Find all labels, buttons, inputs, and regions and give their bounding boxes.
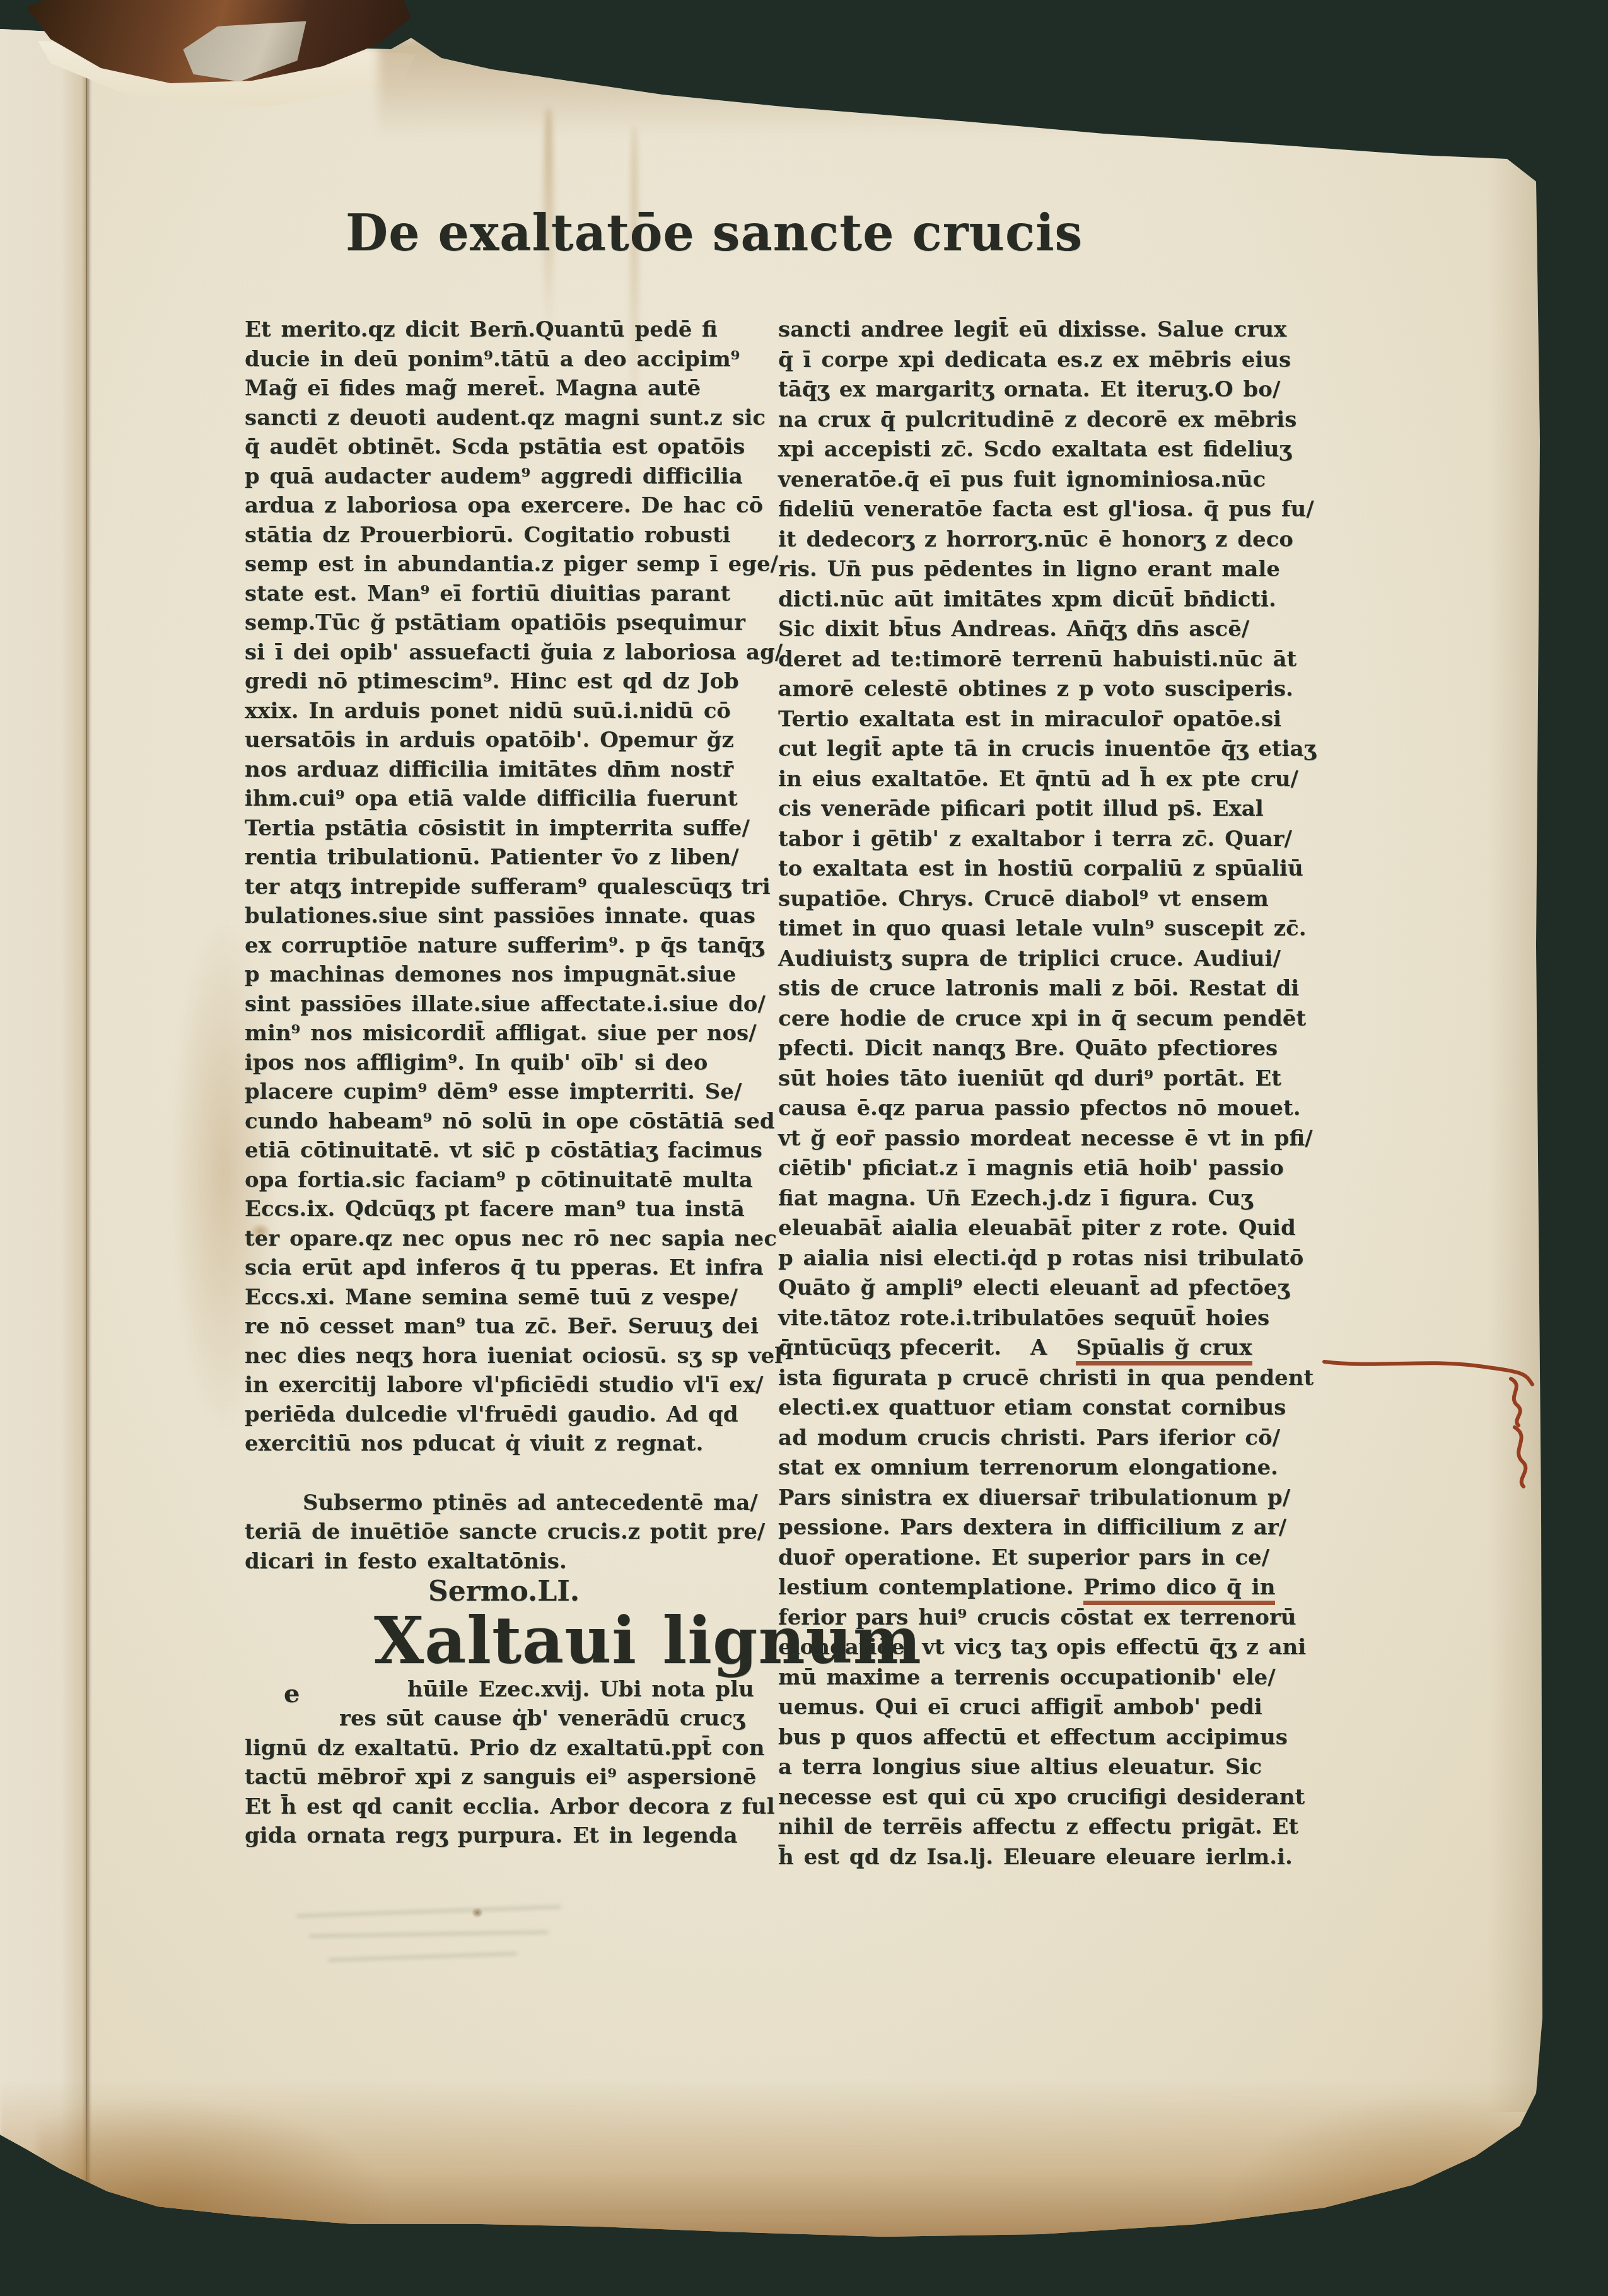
paper-sheet: De exaltatōe sancte crucis Et merito.qz … — [0, 0, 1608, 2296]
text-line: q̄ audēt obtinēt. Scda pstātia est opatō… — [245, 432, 763, 462]
subsermo-note: Subsermo ptinēs ad antecedentē ma/teriā … — [245, 1488, 763, 1577]
text-line: fideliū veneratōe facta est gl'iosa. q̄ … — [778, 495, 1337, 525]
text-line: ciētib' pficiat.z ī magnis etiā hoib' pa… — [778, 1154, 1337, 1184]
incipit-heading: Xaltaui lignum — [245, 1607, 763, 1675]
text-line: amorē celestē obtines z p voto susciperi… — [778, 675, 1337, 705]
text-line: q̄ntūcūqʒ pfecerit.ASpūalis ğ crux — [778, 1333, 1337, 1364]
text-line: ris. Un̄ pus pēdentes in ligno erant mal… — [778, 555, 1337, 585]
text-line: ipos nos affligim⁹. In quib' oīb' si deo — [245, 1048, 763, 1078]
text-line: sint passiōes illate.siue affectate.i.si… — [245, 990, 763, 1019]
text-line: res sūt cause q̇b' venerādū crucʒ — [245, 1704, 763, 1734]
text-line: ter opare.qz nec opus nec rō nec sapia n… — [245, 1224, 763, 1254]
text-line: semp est in abundantia.z piger semp ī eg… — [245, 550, 763, 579]
incunabulum-page-scan: De exaltatōe sancte crucis Et merito.qz … — [0, 0, 1608, 2296]
text-line: a terra longius siue altius eleuatur. Si… — [778, 1753, 1337, 1783]
text-line: p quā audacter audem⁹ aggredi difficilia — [245, 462, 763, 492]
text-line: fiat magna. Un̄ Ezech.j.dz ī figura. Cuʒ — [778, 1184, 1337, 1214]
text-line: Eccs.xi. Mane semina semē tuū z vespe/ — [245, 1283, 763, 1313]
page-title: De exaltatōe sancte crucis — [346, 203, 1080, 262]
text-line: nihil de terrēis affectu z effectu prigā… — [778, 1812, 1337, 1843]
text-line: hūile Ezec.xvij. Ubi nota plu — [245, 1675, 763, 1705]
text-line: ter atqʒ intrepide sufferam⁹ qualescūqʒ … — [245, 873, 763, 902]
text-line: p aialia nisi electi.q̇d p rotas nisi tr… — [778, 1244, 1337, 1274]
text-line: dicari in festo exaltatōnis. — [245, 1547, 763, 1577]
text-line: bulationes.siue sint passiōes innate. qu… — [245, 902, 763, 931]
text-line: elongatiōe. vt vicʒ taʒ opis effectū q̄ʒ… — [778, 1633, 1337, 1663]
text-line: ista figurata p crucē christi in qua pen… — [778, 1364, 1337, 1394]
text-line: tabor i gētib' z exaltabor i terra zc̄. … — [778, 825, 1337, 855]
text-line: tactū mēbror̄ xpi z sanguis ei⁹ aspersio… — [245, 1763, 763, 1792]
text-line: Subsermo ptinēs ad antecedentē ma/ — [245, 1488, 763, 1518]
text-line: pessione. Pars dextera in difficilium z … — [778, 1513, 1337, 1543]
text-line: gredi nō ptimescim⁹. Hinc est qd dz Job — [245, 667, 763, 697]
sermo-number-label: Sermo.LI. — [245, 1577, 763, 1607]
text-line: placere cupim⁹ dēm⁹ esse impterriti. Se/ — [245, 1077, 763, 1107]
text-line: state est. Man⁹ eī fortiū diuitias paran… — [245, 579, 763, 609]
text-line: h̄ est qd dz Isa.lj. Eleuare eleuare ier… — [778, 1843, 1337, 1873]
text-line: cere hodie de cruce xpi in q̄ secum pend… — [778, 1004, 1337, 1035]
text-line: Tertio exaltata est in miraculor̄ opatōe… — [778, 705, 1337, 735]
text-line: q̄ ī corpe xpi dedicata es.z ex mēbris e… — [778, 345, 1337, 376]
text-line: Pars sinistra ex diuersar̄ tribulationum… — [778, 1483, 1337, 1514]
rubric-margin-mark — [1506, 1377, 1535, 1428]
text-line: etiā cōtinuitatē. vt sic̄ p cōstātiaʒ fa… — [245, 1136, 763, 1166]
text-line: deret ad te:timorē terrenū habuisti.nūc … — [778, 645, 1337, 675]
text-line: p machinas demones nos impugnāt.siue — [245, 960, 763, 990]
text-line: veneratōe.q̄ eī pus fuit ignominiosa.nūc — [778, 465, 1337, 496]
text-line: Sic dixit bt̄us Andreas. An̄q̄ʒ dn̄s asc… — [778, 615, 1337, 645]
text-line: to exaltata est in hostiū corpaliū z spū… — [778, 854, 1337, 884]
text-line: semp.Tūc ğ pstātiam opatiōis psequimur — [245, 608, 763, 638]
text-run: lestium contemplatione. — [778, 1575, 1083, 1600]
text-line: stātia dz Prouerbiorū. Cogitatio robusti — [245, 521, 763, 550]
left-text-column: Et merito.qz dicit Bern̄.Quantū pedē fid… — [245, 315, 763, 1851]
text-run: A — [1030, 1335, 1047, 1360]
right-text-column: sancti andree legit̄ eū dixisse. Salue c… — [778, 315, 1337, 1872]
text-line: bus p quos affectū et effectum accipimus — [778, 1723, 1337, 1753]
text-line: ihm.cui⁹ opa etiā valde difficilia fueru… — [245, 784, 763, 814]
top-edge-stain — [378, 38, 1545, 170]
text-line: Et merito.qz dicit Bern̄.Quantū pedē fi — [245, 315, 763, 345]
bottom-left-stain — [38, 2099, 391, 2238]
text-line: mū maxime a terrenis occupationib' ele/ — [778, 1663, 1337, 1693]
text-line: vt ğ eor̄ passio mordeat necesse ē vt in… — [778, 1124, 1337, 1154]
text-line: ad modum crucis christi. Pars iferior cō… — [778, 1423, 1337, 1454]
text-line: electi.ex quattuor etiam constat cornibu… — [778, 1393, 1337, 1423]
text-line: Quāto ğ ampli⁹ electi eleuant̄ ad pfectō… — [778, 1273, 1337, 1304]
text-line: Audiuistʒ supra de triplici cruce. Audiu… — [778, 944, 1337, 975]
initial-guide-letter: e — [284, 1679, 300, 1708]
right-edge-shade — [1488, 158, 1545, 2112]
text-line: scia erūt apd inferos q̄ tu pperas. Et i… — [245, 1253, 763, 1283]
rubricated-phrase: Primo dico q̄ in — [1083, 1575, 1275, 1605]
text-line: it dedecorʒ z horrorʒ.nūc ē honorʒ z dec… — [778, 525, 1337, 555]
text-line: nos arduaz difficilia imitātes dn̄m nost… — [245, 755, 763, 785]
text-line: dicti.nūc aūt imitātes xpm dicūt̄ bn̄dic… — [778, 585, 1337, 615]
text-line: xxix. In arduis ponet nidū suū.i.nidū cō — [245, 697, 763, 726]
text-line: uemus. Qui eī cruci affigit̄ ambob' pedi — [778, 1693, 1337, 1723]
text-line: Mag̃ eī fides mag̃ meret̄. Magna autē — [245, 374, 763, 403]
show-through-handwriting — [328, 1952, 517, 1961]
text-line: na crux q̄ pulcritudinē z decorē ex mēbr… — [778, 405, 1337, 436]
bottom-right-stain — [1230, 2099, 1558, 2244]
text-line: periēda dulcedie vl'fruēdi gaudio. Ad qd — [245, 1400, 763, 1430]
text-line: xpi accepisti zc̄. Scdo exaltata est fid… — [778, 435, 1337, 465]
text-line: stis de cruce latronis mali z bōi. Resta… — [778, 974, 1337, 1004]
text-line: eleuabāt̄ aialia eleuabāt̄ piter z rote.… — [778, 1214, 1337, 1244]
adjacent-page-edge — [0, 0, 87, 2296]
incipit-paragraph: e hūile Ezec.xvij. Ubi nota plures sūt c… — [245, 1675, 763, 1851]
text-line: rentia tribulationū. Patienter v̄o z lib… — [245, 843, 763, 873]
text-line: Eccs.ix. Qdcūqʒ pt facere man⁹ tua instā — [245, 1195, 763, 1224]
text-line: pfecti. Dicit nanqʒ Bre. Quāto pfectiore… — [778, 1034, 1337, 1064]
text-line: sancti andree legit̄ eū dixisse. Salue c… — [778, 315, 1337, 345]
text-line: gida ornata regʒ purpura. Et in legenda — [245, 1821, 763, 1851]
rubric-underline-tail — [1323, 1355, 1537, 1400]
text-line: lignū dz exaltatū. Prio dz exaltatū.ppt̄… — [245, 1734, 763, 1763]
text-line: in eius exaltatōe. Et q̄ntū ad h̄ ex pte… — [778, 765, 1337, 795]
text-line: uersatōis in arduis opatōib'. Opemur ğz — [245, 726, 763, 755]
show-through-handwriting — [309, 1931, 549, 1938]
text-line: tāq̄ʒ ex margaritʒ ornata. Et iteruʒ.O b… — [778, 375, 1337, 405]
text-line: ardua z laboriosa opa exercere. De hac c… — [245, 491, 763, 521]
text-line: vite.tātoz rote.i.tribulatōes sequūt̄ ho… — [778, 1304, 1337, 1334]
text-line: sūt hoies tāto iueniūt qd duri⁹ portāt. … — [778, 1064, 1337, 1094]
show-through-handwriting — [296, 1906, 561, 1918]
text-line: ducie in deū ponim⁹.tātū a deo accipim⁹ — [245, 345, 763, 374]
text-line: Et h̄ est qd canit ecclia. Arbor decora … — [245, 1792, 763, 1822]
text-run: q̄ntūcūqʒ pfecerit. — [778, 1335, 1001, 1360]
text-line: nec dies neqʒ hora iueniat ociosū. sʒ sp… — [245, 1342, 763, 1371]
text-line: exercitiū nos pducat q̇ viuit z regnat. — [245, 1429, 763, 1459]
text-line: min⁹ nos misicordit̄ affligat. siue per … — [245, 1019, 763, 1048]
text-line: stat ex omnium terrenorum elongatione. — [778, 1453, 1337, 1483]
text-line: opa fortia.sic faciam⁹ p cōtinuitatē mul… — [245, 1166, 763, 1195]
text-line: cis venerāde pificari potit illud ps̄. E… — [778, 794, 1337, 825]
rubric-margin-mark — [1508, 1426, 1540, 1489]
text-line: teriā de inuētiōe sancte crucis.z potit … — [245, 1517, 763, 1547]
incipit-lines: hūile Ezec.xvij. Ubi nota plures sūt cau… — [245, 1675, 763, 1851]
text-line: re nō cesset man⁹ tua zc̄. Ber̄. Seruuʒ … — [245, 1312, 763, 1342]
text-line: ferior pars hui⁹ crucis cōstat ex terren… — [778, 1603, 1337, 1633]
text-line: cut legit̄ apte tā in crucis inuentōe q̄… — [778, 734, 1337, 765]
text-line: sancti z deuoti audent.qz magni sunt.z s… — [245, 403, 763, 433]
gutter-crease — [86, 0, 92, 2296]
text-line: lestium contemplatione. Primo dico q̄ in — [778, 1573, 1337, 1603]
text-line: Tertia pstātia cōsistit in impterrita su… — [245, 814, 763, 844]
text-line: necesse est qui cū xpo crucifigi desider… — [778, 1783, 1337, 1813]
text-line: timet in quo quasi letale vuln⁹ suscepit… — [778, 914, 1337, 944]
text-line: causa ē.qz parua passio pfectos nō mouet… — [778, 1094, 1337, 1124]
text-line: cundo habeam⁹ nō solū in ope cōstātiā se… — [245, 1107, 763, 1137]
text-line: ex corruptiōe nature sufferim⁹. p q̄s ta… — [245, 931, 763, 961]
text-line: in exercitij labore vl'pficiēdi studio v… — [245, 1371, 763, 1400]
rubricated-phrase: Spūalis ğ crux — [1076, 1335, 1252, 1365]
text-line: si ī dei opib' assuefacti ğuia z laborio… — [245, 638, 763, 668]
left-paragraph: Et merito.qz dicit Bern̄.Quantū pedē fid… — [245, 315, 763, 1459]
text-line: supatiōe. Chrys. Crucē diabol⁹ vt ensem — [778, 884, 1337, 915]
text-line: duor̄ operatione. Et superior pars in ce… — [778, 1543, 1337, 1574]
